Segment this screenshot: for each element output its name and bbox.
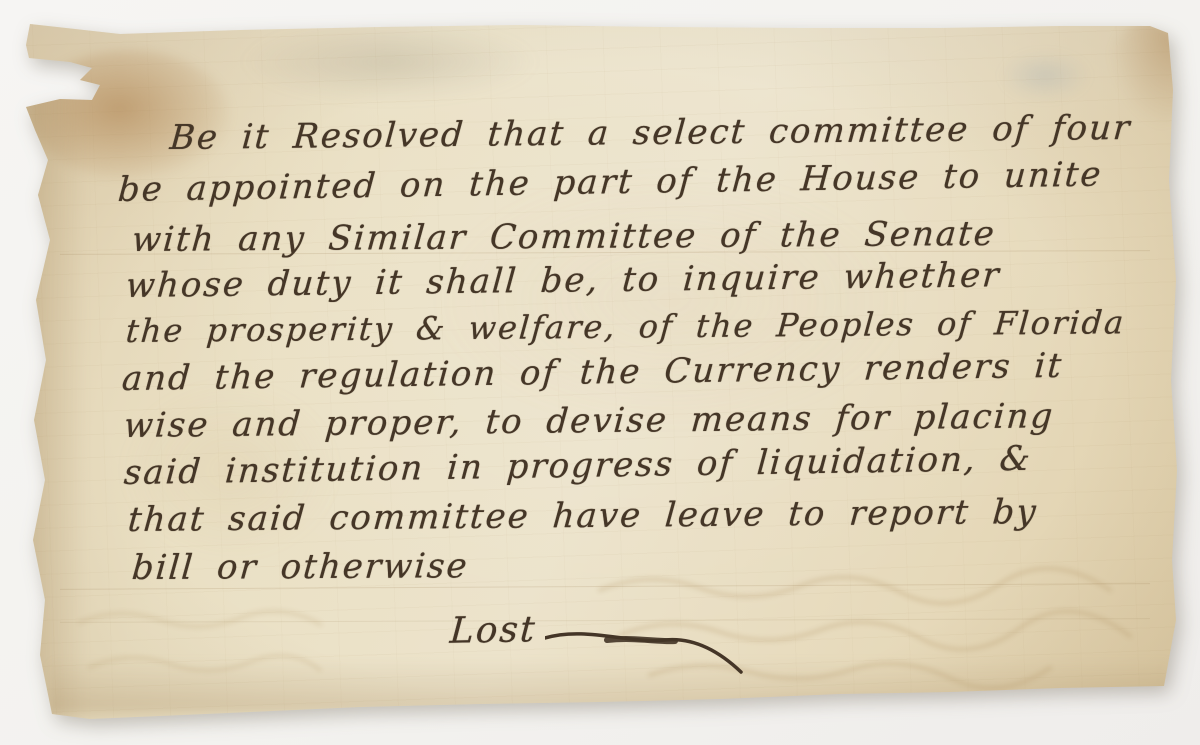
manuscript-line: that said committee have leave to report…	[126, 492, 1039, 540]
manuscript-line: said institution in progress of liquidat…	[123, 439, 1034, 493]
result-annotation: Lost	[449, 609, 538, 652]
manuscript-line: wise and proper, to devise means for pla…	[122, 396, 1055, 446]
manuscript-paper: Be it Resolved that a select committee o…	[0, 0, 1200, 745]
manuscript-text: Be it Resolved that a select committee o…	[0, 0, 1200, 745]
manuscript-line: the prosperity & welfare, of the Peoples…	[125, 303, 1127, 350]
manuscript-line: with any Similar Committee of the Senate	[130, 214, 997, 260]
manuscript-line: Be it Resolved that a select committee o…	[168, 108, 1132, 158]
scan-background: Be it Resolved that a select committee o…	[0, 0, 1200, 745]
manuscript-line: and the regulation of the Currency rende…	[121, 346, 1065, 399]
flourish-stroke	[545, 624, 745, 684]
manuscript-line: whose duty it shall be, to inquire wheth…	[124, 255, 1002, 306]
manuscript-line: be appointed on the part of the House to…	[117, 155, 1104, 211]
paper-shadow: Be it Resolved that a select committee o…	[0, 0, 1200, 745]
manuscript-line: bill or otherwise	[130, 546, 470, 588]
